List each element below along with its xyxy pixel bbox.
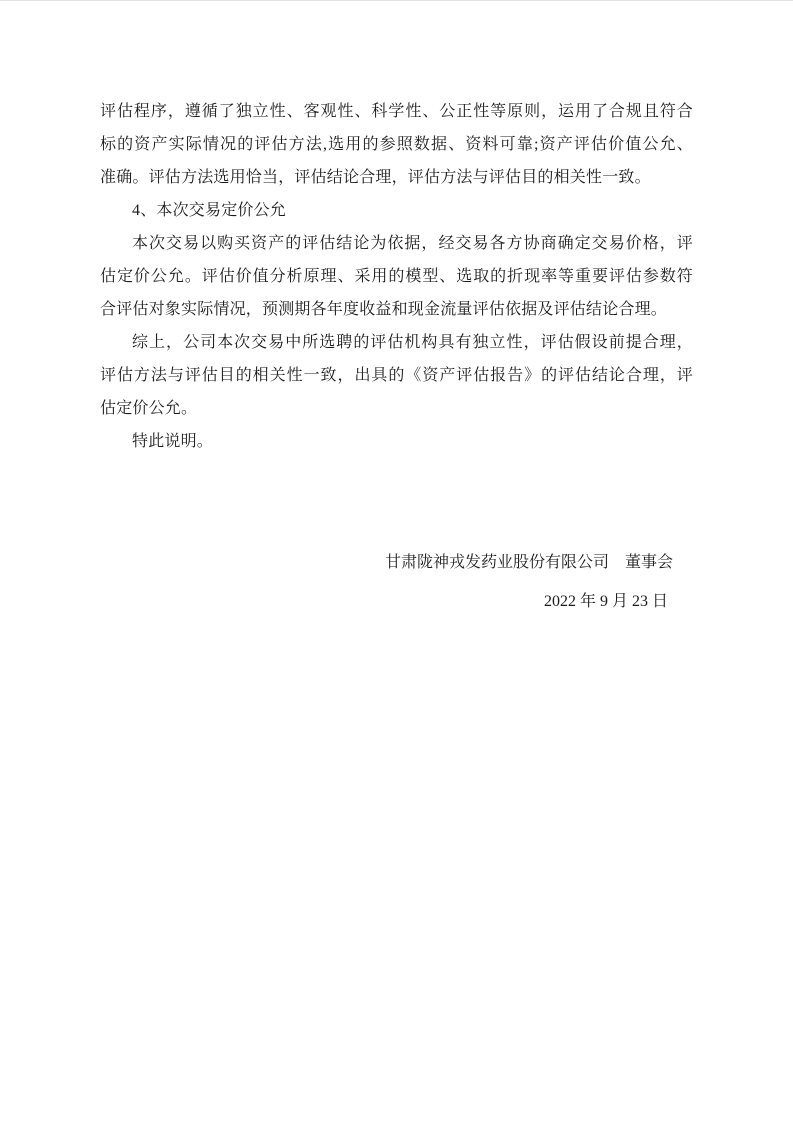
body-line-8: 综上，公司本次交易中所选聘的评估机构具有独立性，评估假设前提合理，: [100, 326, 693, 359]
body-line-11: 特此说明。: [100, 425, 693, 458]
document-page: { "page": { "background": "#ffffff", "te…: [0, 0, 793, 1123]
body-line-9: 评估方法与评估目的相关性一致，出具的《资产评估报告》的评估结论合理，评: [100, 359, 693, 392]
body-line-2: 标的资产实际情况的评估方法,选用的参照数据、资料可靠;资产评估价值公允、: [100, 128, 693, 161]
body-line-6: 估定价公允。评估价值分析原理、采用的模型、选取的折现率等重要评估参数符: [100, 260, 693, 293]
body-line-10: 估定价公允。: [100, 392, 693, 425]
body-line-7: 合评估对象实际情况，预测期各年度收益和现金流量评估依据及评估结论合理。: [100, 293, 693, 326]
signature-block: 甘肃陇神戎发药业股份有限公司 董事会 2022 年 9 月 23 日: [100, 552, 673, 613]
company-signature: 甘肃陇神戎发药业股份有限公司 董事会: [100, 552, 673, 574]
section-heading-4: 4、本次交易定价公允: [100, 194, 693, 227]
body-line-3: 准确。评估方法选用恰当，评估结论合理，评估方法与评估目的相关性一致。: [100, 161, 693, 194]
body-line-5: 本次交易以购买资产的评估结论为依据，经交易各方协商确定交易价格，评: [100, 227, 693, 260]
document-body-text: 评估程序，遵循了独立性、客观性、科学性、公正性等原则，运用了合规且符合 标的资产…: [100, 95, 693, 458]
signature-date: 2022 年 9 月 23 日: [100, 591, 673, 613]
body-line-1: 评估程序，遵循了独立性、客观性、科学性、公正性等原则，运用了合规且符合: [100, 95, 693, 128]
